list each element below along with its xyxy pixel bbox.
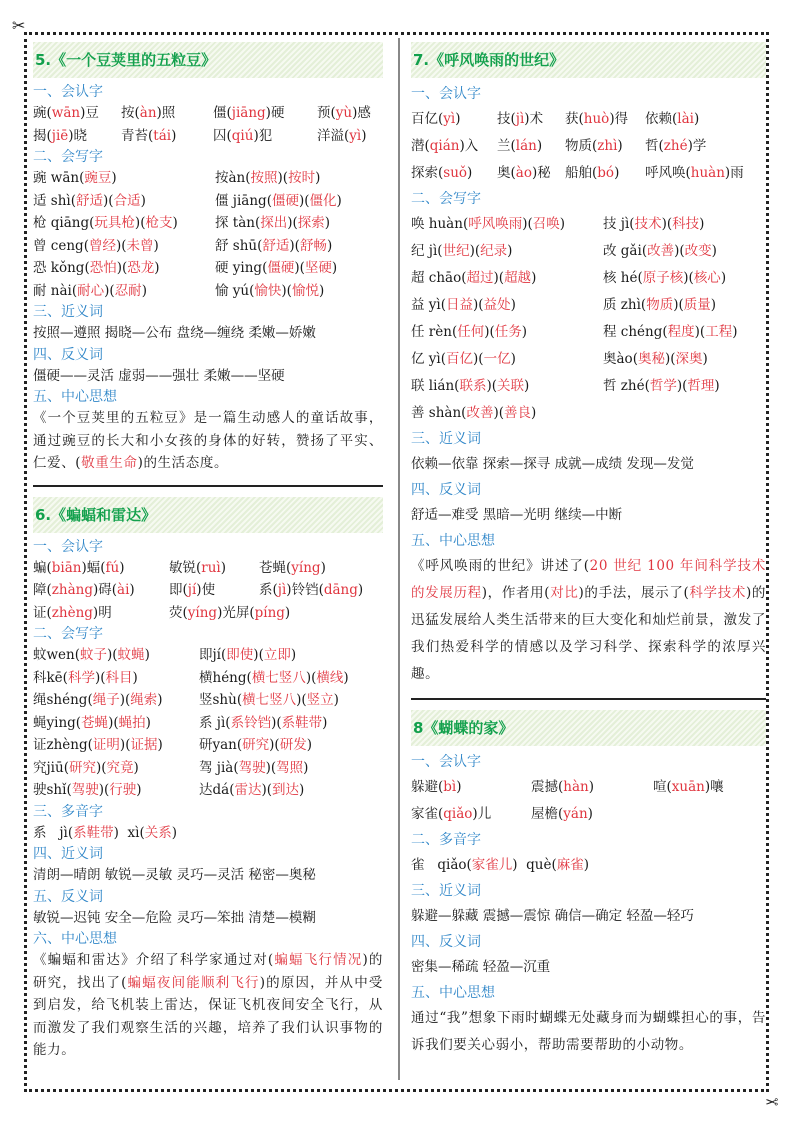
write-entry: 纪 jì(世纪)(纪录) <box>411 238 603 265</box>
write-list: 蚊wen(蚊子)(蚊蝇)即jí(即使)(立即)科kē(科学)(科目)横héng(… <box>33 644 383 802</box>
section-heading: 四、反义词 <box>411 930 766 954</box>
write-entry: 联 lián(联系)(关联) <box>411 373 603 400</box>
write-row: 适 shì(舒适)(合适)僵 jiāng(僵硬)(僵化) <box>33 190 383 213</box>
section-heading: 三、近义词 <box>411 427 766 451</box>
write-entry: 曾 ceng(曾经)(未曾) <box>33 235 215 258</box>
write-entry: 科kē(科学)(科目) <box>33 667 199 690</box>
write-entry: 绳shéng(绳子)(绳索) <box>33 689 199 712</box>
lesson-5: 5.《一个豆荚里的五粒豆》 一、会认字 豌(wān)豆按(àn)照僵(jiāng… <box>33 42 383 487</box>
write-row: 究jiū(研究)(究竟)驾 jià(驾驶)(驾照) <box>33 757 383 780</box>
recognize-row: 躲避(bì)震撼(hàn)喧(xuān)嚷 <box>411 774 766 801</box>
section-heading: 三、近义词 <box>411 879 766 903</box>
write-row: 益 yì(日益)(益处)质 zhì(物质)(质量) <box>411 292 766 319</box>
synonyms: 清朗—晴朗 敏锐—灵敏 灵巧—灵活 秘密—奥秘 <box>33 864 383 887</box>
write-row: 蝇ying(苍蝇)(蝇拍)系 jì(系铃铛)(系鞋带) <box>33 712 383 735</box>
write-entry: 恐 kǒng(恐怕)(恐龙) <box>33 257 215 280</box>
section-heading: 四、近义词 <box>33 844 383 864</box>
write-entry: 适 shì(舒适)(合适) <box>33 190 215 213</box>
write-entry: 改 gǎi(改善)(改变) <box>603 238 717 265</box>
write-entry: 蚊wen(蚊子)(蚊蝇) <box>33 644 199 667</box>
separator-line <box>411 698 766 700</box>
write-entry: 质 zhì(物质)(质量) <box>603 292 716 319</box>
write-entry: 探 tàn(探出)(探索) <box>215 212 330 235</box>
synonyms: 依赖—依靠 探索—探寻 成就—成绩 发现—发觉 <box>411 451 766 478</box>
write-entry: 超 chāo(超过)(超越) <box>411 265 603 292</box>
write-entry: 益 yì(日益)(益处) <box>411 292 603 319</box>
lesson-title: 7.《呼风唤雨的世纪》 <box>411 42 766 78</box>
write-entry: 愉 yú(愉快)(愉悦) <box>215 280 324 303</box>
write-entry: 核 hé(原子核)(核心) <box>603 265 726 292</box>
scissors-icon: ✂ <box>765 1093 778 1109</box>
lesson-8: 8《蝴蝶的家》 一、会认字 躲避(bì)震撼(hàn)喧(xuān)嚷 家雀(q… <box>411 710 766 1059</box>
section-heading: 二、会写字 <box>411 187 766 211</box>
write-row: 唤 huàn(呼风唤雨)(召唤)技 jì(技术)(科技) <box>411 211 766 238</box>
antonyms: 舒适—难受 黑暗—光明 继续—中断 <box>411 502 766 529</box>
write-row: 绳shéng(绳子)(绳索)竖shù(横七竖八)(竖立) <box>33 689 383 712</box>
write-row: 枪 qiāng(玩具枪)(枪支)探 tàn(探出)(探索) <box>33 212 383 235</box>
write-entry: 豌 wān(豌豆) <box>33 167 215 190</box>
antonyms: 密集—稀疏 轻盈—沉重 <box>411 954 766 981</box>
recognize-row: 百亿(yì)技(jì)术获(huò)得依赖(lài) <box>411 106 766 133</box>
write-row: 驶shǐ(驾驶)(行驶)达dá(雷达)(到达) <box>33 779 383 802</box>
write-entry: 枪 qiāng(玩具枪)(枪支) <box>33 212 215 235</box>
central-idea: 通过“我”想象下雨时蝴蝶无处藏身而为蝴蝶担心的事，告诉我们要关心弱小，帮助需要帮… <box>411 1005 766 1059</box>
recognize-row: 探索(suǒ)奥(ào)秘船舶(bó)呼风唤(huàn)雨 <box>411 160 766 187</box>
section-heading: 一、会认字 <box>411 82 766 106</box>
write-entry: 达dá(雷达)(到达) <box>199 779 304 802</box>
section-heading: 五、中心思想 <box>411 981 766 1005</box>
lesson-title: 5.《一个豆荚里的五粒豆》 <box>33 42 383 78</box>
write-entry: 任 rèn(任何)(任务) <box>411 319 603 346</box>
write-row: 纪 jì(世纪)(纪录)改 gǎi(改善)(改变) <box>411 238 766 265</box>
recognize-row: 证(zhèng)明荧(yíng)光屏(píng) <box>33 602 383 625</box>
lesson-title: 8《蝴蝶的家》 <box>411 710 766 746</box>
section-heading: 五、中心思想 <box>33 387 383 407</box>
write-entry: 研yan(研究)(研发) <box>199 734 312 757</box>
write-entry: 蝇ying(苍蝇)(蝇拍) <box>33 712 199 735</box>
write-entry: 竖shù(横七竖八)(竖立) <box>199 689 339 712</box>
scissors-icon: ✂ <box>12 18 25 34</box>
antonyms: 僵硬——灵活 虚弱——强壮 柔嫩——坚硬 <box>33 365 383 388</box>
section-heading: 三、近义词 <box>33 302 383 322</box>
synonyms: 躲避—躲藏 震撼—震惊 确信—确定 轻盈—轻巧 <box>411 903 766 930</box>
synonyms: 按照—遵照 揭晓—公布 盘绕—缠绕 柔嫩—娇嫩 <box>33 322 383 345</box>
write-entry: 善 shàn(改善)(善良) <box>411 400 603 427</box>
section-heading: 一、会认字 <box>411 750 766 774</box>
polyphone-row: 系 jì(系鞋带) xì(关系) <box>33 822 383 845</box>
recognize-row: 家雀(qiǎo)儿屋檐(yán) <box>411 801 766 828</box>
section-heading: 四、反义词 <box>411 478 766 502</box>
write-row: 耐 nài(耐心)(忍耐)愉 yú(愉快)(愉悦) <box>33 280 383 303</box>
write-entry: 技 jì(技术)(科技) <box>603 211 704 238</box>
write-row: 蚊wen(蚊子)(蚊蝇)即jí(即使)(立即) <box>33 644 383 667</box>
right-column: 7.《呼风唤雨的世纪》 一、会认字 百亿(yì)技(jì)术获(huò)得依赖(… <box>411 42 766 1059</box>
column-divider <box>398 38 400 1080</box>
antonyms: 敏锐—迟钝 安全—危险 灵巧—笨拙 清楚—模糊 <box>33 907 383 930</box>
section-heading: 五、反义词 <box>33 887 383 907</box>
write-entry: 驶shǐ(驾驶)(行驶) <box>33 779 199 802</box>
recognize-row: 蝙(biān)蝠(fú)敏锐(ruì)苍蝇(yíng) <box>33 557 383 580</box>
write-entry: 僵 jiāng(僵硬)(僵化) <box>215 190 342 213</box>
lesson-title: 6.《蝙蝠和雷达》 <box>33 497 383 533</box>
write-entry: 哲 zhé(哲学)(哲理) <box>603 373 720 400</box>
write-row: 豌 wān(豌豆)按àn(按照)(按时) <box>33 167 383 190</box>
write-entry: 唤 huàn(呼风唤雨)(召唤) <box>411 211 603 238</box>
write-entry: 舒 shū(舒适)(舒畅) <box>215 235 332 258</box>
section-heading: 一、会认字 <box>33 537 383 557</box>
section-heading: 四、反义词 <box>33 345 383 365</box>
section-heading: 六、中心思想 <box>33 929 383 949</box>
write-row: 恐 kǒng(恐怕)(恐龙)硬 ying(僵硬)(坚硬) <box>33 257 383 280</box>
separator-line <box>33 485 383 487</box>
lesson-6: 6.《蝙蝠和雷达》 一、会认字 蝙(biān)蝠(fú)敏锐(ruì)苍蝇(yí… <box>33 497 383 1062</box>
section-heading: 一、会认字 <box>33 82 383 102</box>
write-entry: 亿 yì(百亿)(一亿) <box>411 346 603 373</box>
write-row: 超 chāo(超过)(超越)核 hé(原子核)(核心) <box>411 265 766 292</box>
write-entry: 即jí(即使)(立即) <box>199 644 296 667</box>
write-entry: 系 jì(系铃铛)(系鞋带) <box>199 712 327 735</box>
write-row: 亿 yì(百亿)(一亿)奥ào(奥秘)(深奥) <box>411 346 766 373</box>
polyphone-row: 雀 qiǎo(家雀儿) què(麻雀) <box>411 852 766 879</box>
write-row: 科kē(科学)(科目)横héng(横七竖八)(横线) <box>33 667 383 690</box>
write-list: 豌 wān(豌豆)按àn(按照)(按时)适 shì(舒适)(合适)僵 jiāng… <box>33 167 383 302</box>
write-row: 善 shàn(改善)(善良) <box>411 400 766 427</box>
write-entry: 究jiū(研究)(究竟) <box>33 757 199 780</box>
write-entry: 按àn(按照)(按时) <box>215 167 320 190</box>
write-entry: 程 chéng(程度)(工程) <box>603 319 737 346</box>
central-idea: 《一个豆荚里的五粒豆》是一篇生动感人的童话故事，通过豌豆的长大和小女孩的身体的好… <box>33 407 383 475</box>
recognize-row: 揭(jiē)晓青苔(tái)囚(qiú)犯洋溢(yì) <box>33 125 383 148</box>
write-entry: 横héng(横七竖八)(横线) <box>199 667 349 690</box>
section-heading: 二、多音字 <box>411 828 766 852</box>
section-heading: 二、会写字 <box>33 624 383 644</box>
write-entry: 硬 ying(僵硬)(坚硬) <box>215 257 337 280</box>
write-entry: 奥ào(奥秘)(深奥) <box>603 346 708 373</box>
write-list: 唤 huàn(呼风唤雨)(召唤)技 jì(技术)(科技)纪 jì(世纪)(纪录)… <box>411 211 766 427</box>
write-row: 任 rèn(任何)(任务)程 chéng(程度)(工程) <box>411 319 766 346</box>
write-entry: 证zhèng(证明)(证据) <box>33 734 199 757</box>
lesson-7: 7.《呼风唤雨的世纪》 一、会认字 百亿(yì)技(jì)术获(huò)得依赖(… <box>411 42 766 700</box>
recognize-row: 潜(qián)入兰(lán)物质(zhì)哲(zhé)学 <box>411 133 766 160</box>
recognize-row: 豌(wān)豆按(àn)照僵(jiāng)硬预(yù)感 <box>33 102 383 125</box>
recognize-row: 障(zhàng)碍(ài)即(jí)使系(jì)铃铛(dāng) <box>33 579 383 602</box>
central-idea: 《蝙蝠和雷达》介绍了科学家通过对(蝙蝠飞行情况)的研究，找出了(蝙蝠夜间能顺利飞… <box>33 949 383 1062</box>
write-row: 联 lián(联系)(关联)哲 zhé(哲学)(哲理) <box>411 373 766 400</box>
section-heading: 五、中心思想 <box>411 529 766 553</box>
write-row: 曾 ceng(曾经)(未曾)舒 shū(舒适)(舒畅) <box>33 235 383 258</box>
section-heading: 三、多音字 <box>33 802 383 822</box>
write-row: 证zhèng(证明)(证据)研yan(研究)(研发) <box>33 734 383 757</box>
write-entry: 驾 jià(驾驶)(驾照) <box>199 757 308 780</box>
section-heading: 二、会写字 <box>33 147 383 167</box>
write-entry: 耐 nài(耐心)(忍耐) <box>33 280 215 303</box>
central-idea: 《呼风唤雨的世纪》讲述了(20 世纪 100 年间科学技术的发展历程)，作者用(… <box>411 553 766 688</box>
left-column: 5.《一个豆荚里的五粒豆》 一、会认字 豌(wān)豆按(àn)照僵(jiāng… <box>33 42 383 1062</box>
